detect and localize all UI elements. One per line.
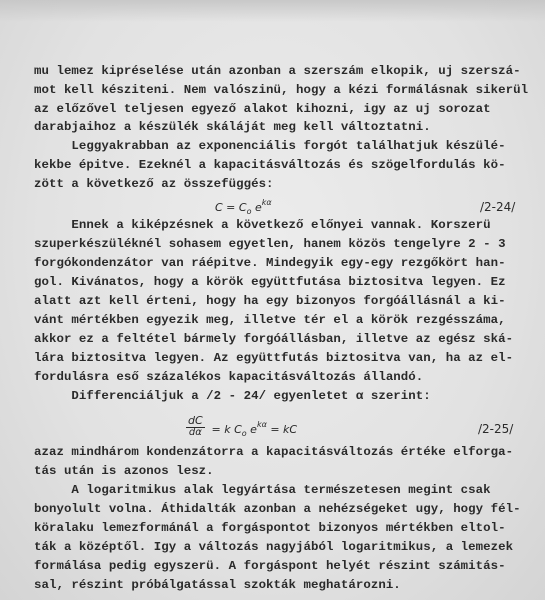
text-line: mot kell késziteni. Nem valószinü, hogy …	[34, 83, 528, 97]
scanned-page: mu lemez kipréselése után azonban a szer…	[0, 0, 545, 600]
text-line: mu lemez kipréselése után azonban a szer…	[34, 64, 521, 78]
text-line: alatt azt kell érteni, hogy ha egy bizon…	[34, 294, 506, 308]
text-line: A logaritmikus alak legyártása természet…	[34, 483, 491, 497]
text-line: köralaku lemezformánál a forgáspontot bi…	[34, 521, 506, 535]
text-line: akkor ez a feltétel bármely forgóállásba…	[34, 332, 513, 346]
text-line: kekbe épitve. Ezeknél a kapacitásváltozá…	[34, 158, 506, 172]
text-line: formálása pedig egyszerü. A forgáspont h…	[34, 559, 506, 573]
text-line: zött a következő az összefüggés:	[34, 177, 274, 191]
text-line: Differenciáljuk a /2 - 24/ egyenletet α …	[34, 389, 431, 403]
text-line: Leggyakrabban az exponenciális forgót ta…	[34, 139, 506, 153]
text-line: vánt mértékben egyezik meg, illetve tér …	[34, 313, 506, 327]
text-line: szuperkészüléknél sohasem egyetlen, hane…	[34, 237, 506, 251]
text-line: ták a középtől. Igy a változás nagyjából…	[34, 540, 513, 554]
text-line: sal, részint próbálgatással szokták megh…	[34, 578, 401, 592]
equation-2-25: = k Co ekα = kC	[208, 420, 297, 438]
equation-2-24: C = Co ekα	[215, 198, 272, 216]
text-line: azaz mindhárom kondenzátorra a kapacitás…	[34, 445, 513, 459]
scan-shadow	[0, 0, 545, 22]
text-line: lára biztositva legyen. Az együttfutás b…	[34, 351, 513, 365]
equation-number: /2-25/	[478, 422, 513, 436]
text-line: forgókondenzátor van ráépitve. Mindegyik…	[34, 256, 506, 270]
text-line: az előzővel teljesen egyező alakot kihoz…	[34, 102, 491, 116]
fraction-dc-dalpha: dC dα	[186, 414, 205, 438]
text-line: gol. Kivánatos, hogy a körök együttfutás…	[34, 275, 506, 289]
text-line: tás után is azonos lesz.	[34, 464, 214, 478]
equation-number: /2-24/	[480, 200, 515, 214]
text-line: fordulásra eső százalékos kapacitásválto…	[34, 370, 423, 384]
text-line: Ennek a kiképzésnek a következő előnyei …	[34, 218, 491, 232]
text-line: darabjaihoz a készülék skáláját meg kell…	[34, 120, 431, 134]
text-line: bonyolult volna. Áthidalták azonban a ne…	[34, 502, 521, 516]
